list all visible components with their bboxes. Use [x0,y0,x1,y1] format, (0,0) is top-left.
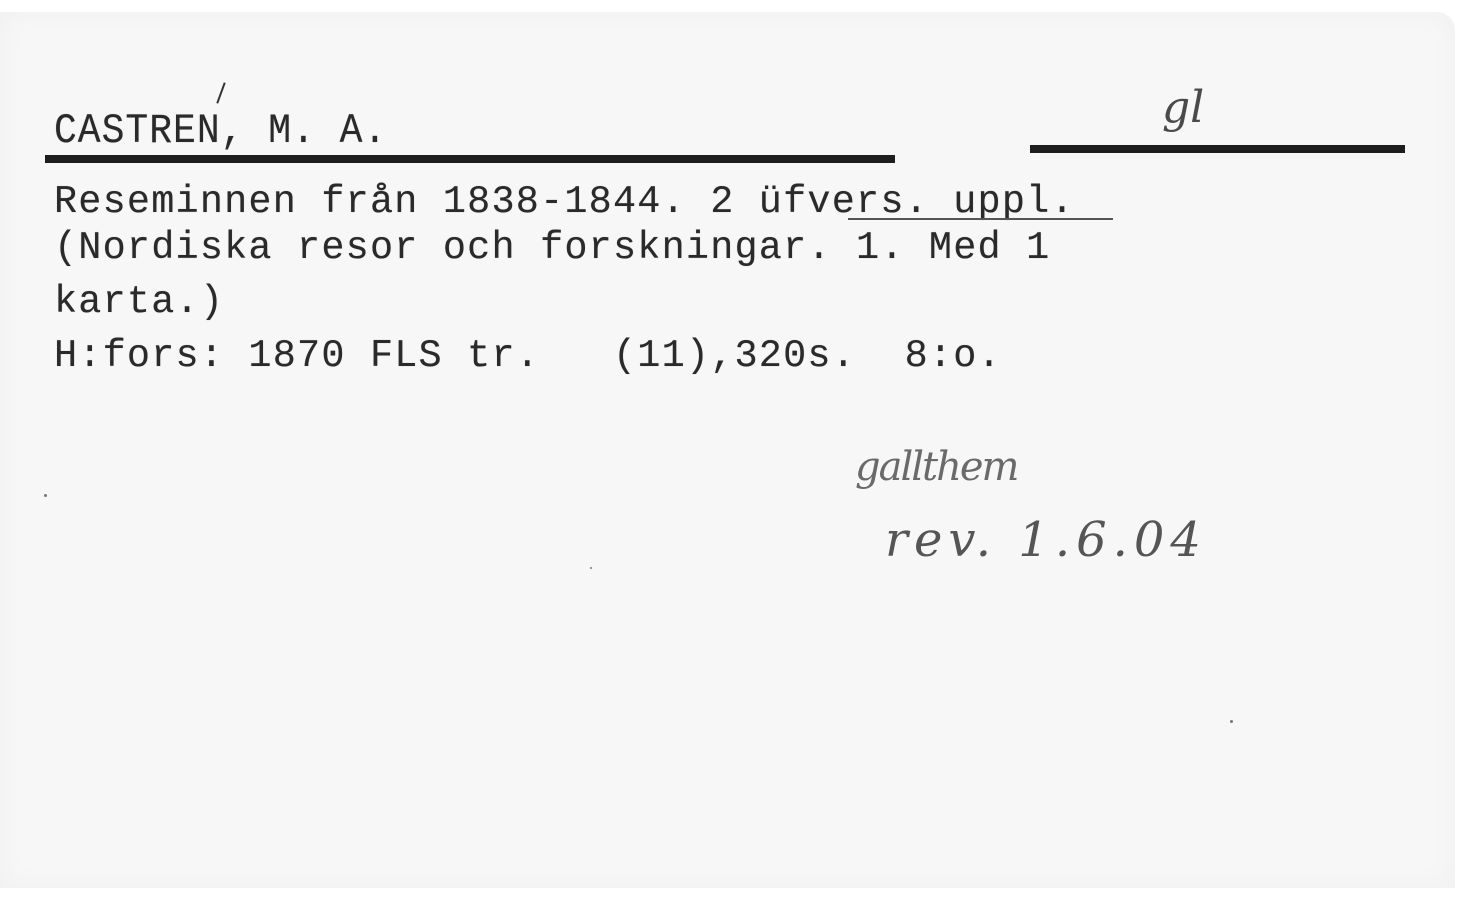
series-line: (Nordiska resor och forskningar. 1. Med … [54,226,1050,270]
heading-rule-right [1030,145,1405,153]
author-heading: CASTREN, M. A. [54,108,387,155]
heading-rule-left [45,155,895,163]
speck [1230,720,1233,723]
speck [44,494,47,497]
classification-mark: gl [1162,82,1204,133]
revision-note: rev. 1.6.04 [885,512,1207,568]
speck [590,567,592,569]
accent-mark [216,82,225,103]
imprint-line: H:fors: 1870 FLS tr. (11),320s. 8:o. [54,334,1002,378]
edition-underline [848,218,1113,220]
catalog-card: CASTREN, M. A. gl Reseminnen från 1838-1… [0,12,1455,888]
handwritten-note: gallthem [855,444,1017,490]
series-line-cont: karta.) [54,280,224,324]
